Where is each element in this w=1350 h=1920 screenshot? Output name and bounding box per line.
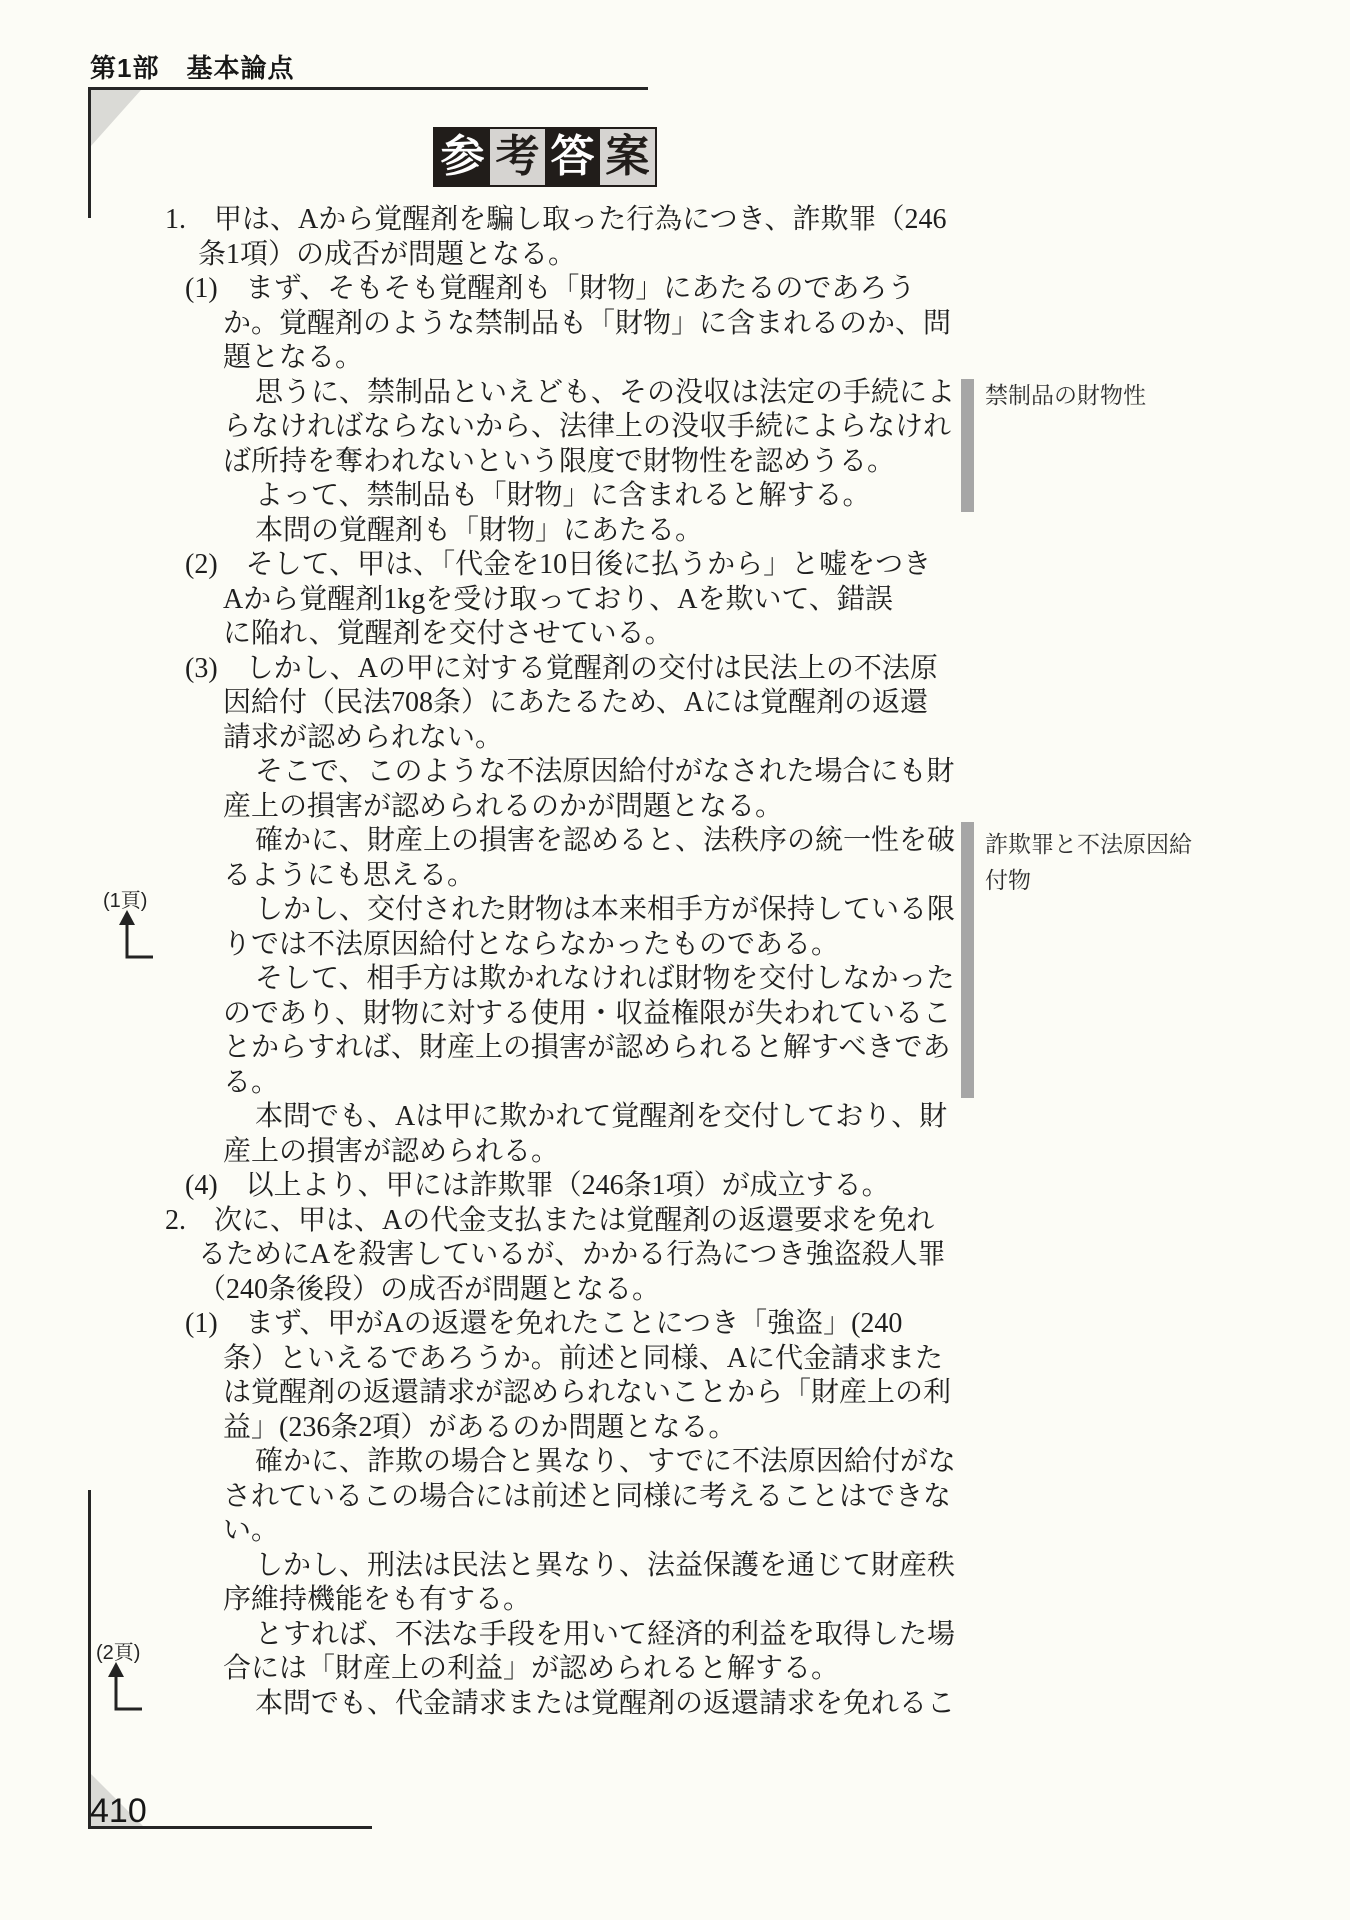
title-char-box: 答 bbox=[545, 129, 600, 185]
body-line: されているこの場合には前述と同様に考えることはできな bbox=[165, 1480, 970, 1515]
body-line: か。覚醒剤のような禁制品も「財物」に含まれるのか、問 bbox=[165, 307, 970, 342]
body-line: しかし、交付された財物は本来相手方が保持している限 bbox=[165, 893, 970, 928]
body-line: 請求が認められない。 bbox=[165, 721, 970, 756]
body-line: に陥れ、覚醒剤を交付させている。 bbox=[165, 617, 970, 652]
left-border-bottom-segment bbox=[88, 1490, 91, 1828]
body-line: るためにAを殺害しているが、かかる行為につき強盗殺人罪 bbox=[165, 1238, 970, 1273]
answer-title: 参 考 答 案 bbox=[433, 127, 657, 187]
body-line: 確かに、財産上の損害を認めると、法秩序の統一性を破 bbox=[165, 824, 970, 859]
page-marker-label: (2頁) bbox=[96, 1636, 140, 1665]
body-line: (2) そして、甲は、「代金を10日後に払うから」と嘘をつき bbox=[165, 548, 970, 583]
body-line: 条）といえるであろうか。前述と同様、Aに代金請求また bbox=[165, 1342, 970, 1377]
body-line: い。 bbox=[165, 1514, 970, 1549]
body-line: 産上の損害が認められるのかが問題となる。 bbox=[165, 790, 970, 825]
body-line: 条1項）の成否が問題となる。 bbox=[165, 238, 970, 273]
margin-note: 禁制品の財物性 bbox=[985, 377, 1235, 413]
margin-note-label: 詐欺罪と不法原因給 bbox=[985, 826, 1235, 862]
body-line: 因給付（民法708条）にあたるため、Aには覚醒剤の返還 bbox=[165, 686, 970, 721]
body-line: 1. 甲は、Aから覚醒剤を騙し取った行為につき、詐欺罪（246 bbox=[165, 203, 970, 238]
title-char-box: 考 bbox=[490, 129, 545, 185]
body-line: 序維持機能をも有する。 bbox=[165, 1583, 970, 1618]
page-marker-arrow-icon bbox=[118, 910, 156, 960]
body-line: そして、相手方は欺かれなければ財物を交付しなかった bbox=[165, 962, 970, 997]
title-char-box: 案 bbox=[600, 129, 655, 185]
margin-note-label: 付物 bbox=[985, 862, 1235, 898]
body-line: (1) まず、そもそも覚醒剤も「財物」にあたるのであろう bbox=[165, 272, 970, 307]
body-line: ば所持を奪われないという限度で財物性を認めうる。 bbox=[165, 445, 970, 480]
body-line: とすれば、不法な手段を用いて経済的利益を取得した場 bbox=[165, 1618, 970, 1653]
page: 第1部 基本論点 参 考 答 案 1. 甲は、Aから覚醒剤を騙し取った行為につき… bbox=[0, 0, 1350, 1920]
page-number: 410 bbox=[90, 1792, 147, 1831]
body-line: りでは不法原因給付とならなかったものである。 bbox=[165, 928, 970, 963]
body-line: らなければならないから、法律上の没収手続によらなけれ bbox=[165, 410, 970, 445]
body-line: よって、禁制品も「財物」に含まれると解する。 bbox=[165, 479, 970, 514]
page-marker-arrow-icon bbox=[107, 1662, 145, 1712]
body-line: 本問でも、代金請求または覚醒剤の返還請求を免れるこ bbox=[165, 1687, 970, 1722]
margin-note-bar bbox=[961, 379, 974, 512]
body-line: 確かに、詐欺の場合と異なり、すでに不法原因給付がな bbox=[165, 1445, 970, 1480]
body-line: (4) 以上より、甲には詐欺罪（246条1項）が成立する。 bbox=[165, 1169, 970, 1204]
body-line: 益」(236条2項）があるのか問題となる。 bbox=[165, 1411, 970, 1446]
body-line: Aから覚醒剤1kgを受け取っており、Aを欺いて、錯誤 bbox=[165, 583, 970, 618]
page-header-label: 第1部 基本論点 bbox=[90, 48, 294, 85]
margin-note: 詐欺罪と不法原因給 付物 bbox=[985, 826, 1235, 898]
body-line: (3) しかし、Aの甲に対する覚醒剤の交付は民法上の不法原 bbox=[165, 652, 970, 687]
margin-note-label: 禁制品の財物性 bbox=[985, 377, 1235, 413]
body-line: （240条後段）の成否が問題となる。 bbox=[165, 1273, 970, 1308]
body-line: は覚醒剤の返還請求が認められないことから「財産上の利 bbox=[165, 1376, 970, 1411]
title-char-box: 参 bbox=[435, 129, 490, 185]
body-line: そこで、このような不法原因給付がなされた場合にも財 bbox=[165, 755, 970, 790]
body-line: 本問の覚醒剤も「財物」にあたる。 bbox=[165, 514, 970, 549]
body-line: しかし、刑法は民法と異なり、法益保護を通じて財産秩 bbox=[165, 1549, 970, 1584]
body-line: 題となる。 bbox=[165, 341, 970, 376]
body-line: るようにも思える。 bbox=[165, 859, 970, 894]
header-rule bbox=[88, 87, 648, 90]
body-line: とからすれば、財産上の損害が認められると解すべきであ bbox=[165, 1031, 970, 1066]
margin-note-bar bbox=[961, 822, 974, 1098]
body-line: 本問でも、Aは甲に欺かれて覚醒剤を交付しており、財 bbox=[165, 1100, 970, 1135]
body-line: 2. 次に、甲は、Aの代金支払または覚醒剤の返還要求を免れ bbox=[165, 1204, 970, 1239]
body-line: 思うに、禁制品といえども、その没収は法定の手続によ bbox=[165, 376, 970, 411]
body-line: 産上の損害が認められる。 bbox=[165, 1135, 970, 1170]
left-border-top-segment bbox=[88, 87, 91, 218]
body-line: (1) まず、甲がAの返還を免れたことにつき「強盗」(240 bbox=[165, 1307, 970, 1342]
body-text: 1. 甲は、Aから覚醒剤を騙し取った行為につき、詐欺罪（246条1項）の成否が問… bbox=[165, 203, 970, 1721]
body-line: のであり、財物に対する使用・収益権限が失われているこ bbox=[165, 997, 970, 1032]
body-line: る。 bbox=[165, 1066, 970, 1101]
page-marker-label: (1頁) bbox=[103, 884, 147, 913]
body-line: 合には「財産上の利益」が認められると解する。 bbox=[165, 1652, 970, 1687]
corner-triangle-top bbox=[91, 90, 141, 146]
